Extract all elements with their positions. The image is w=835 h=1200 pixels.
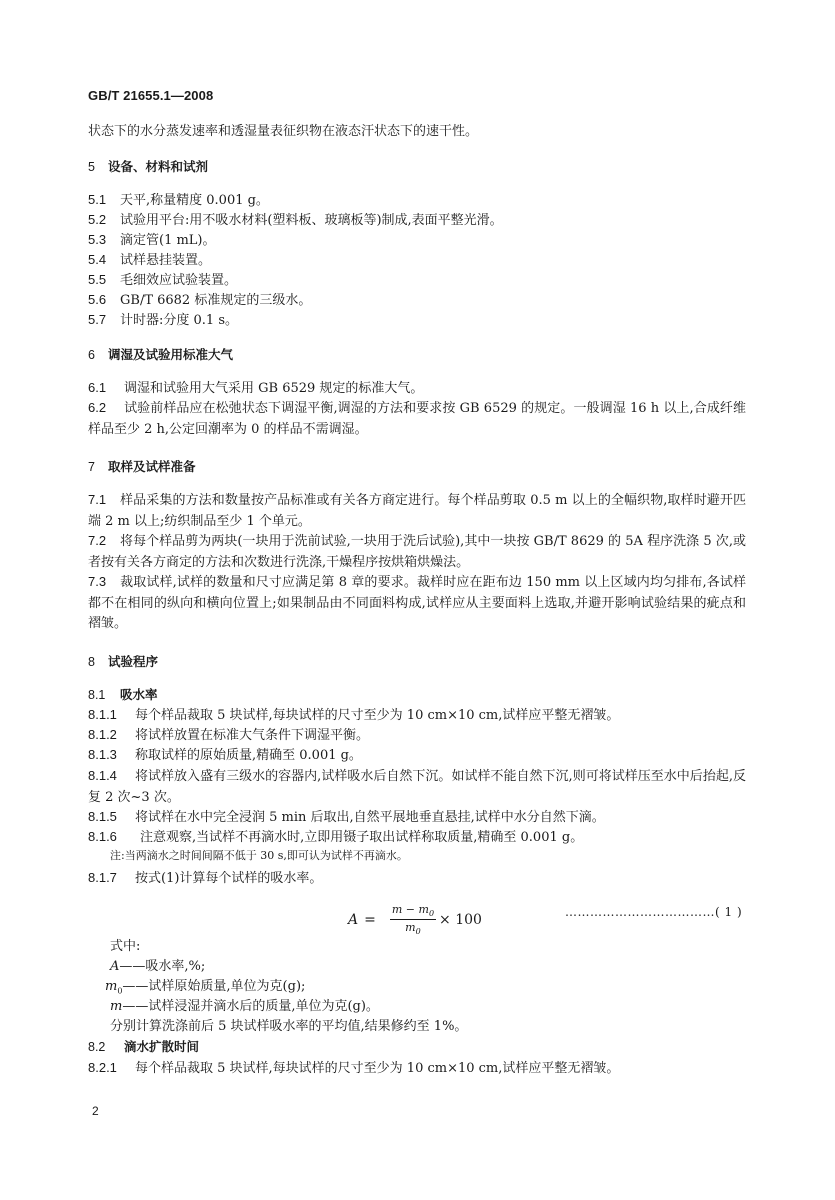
continuation-paragraph: 状态下的水分蒸发速率和透湿量表征织物在液态汗状态下的速干性。 — [88, 122, 478, 142]
clause-8-2-1: 8.2.1每个样品裁取 5 块试样,每块试样的尺寸至少为 10 cm×10 cm… — [88, 1058, 619, 1079]
clause-8-1-7: 8.1.7按式(1)计算每个试样的吸水率。 — [88, 868, 322, 889]
clause-5-5: 5.5毛细效应试验装置。 — [88, 270, 237, 291]
clause-8-1-5: 8.1.5将试样在水中完全浸润 5 min 后取出,自然平展地垂直悬挂,试样中水… — [88, 807, 605, 828]
clause-7-1: 7.1样品采集的方法和数量按产品标准或有关各方商定进行。每个样品剪取 0.5 m… — [88, 490, 746, 532]
section-8-heading: 8试验程序 — [88, 652, 158, 672]
clause-8-1-1: 8.1.1每个样品裁取 5 块试样,每块试样的尺寸至少为 10 cm×10 cm… — [88, 705, 619, 726]
clause-7-3: 7.3裁取试样,试样的数量和尺寸应满足第 8 章的要求。裁样时应在距布边 150… — [88, 572, 746, 635]
clause-5-6: 5.6GB/T 6682 标准规定的三级水。 — [88, 290, 311, 311]
definition-A: A——吸水率,%; — [110, 957, 205, 977]
section-5-title: 设备、材料和试剂 — [108, 159, 208, 174]
section-5-heading: 5设备、材料和试剂 — [88, 157, 208, 177]
formula-1: A = m − m0 m0 × 100 — [348, 903, 482, 936]
note-8-1-6: 注:当两滴水之时间间隔不低于 30 s,即可认为试样不再滴水。 — [110, 848, 408, 864]
section-6-heading: 6调湿及试验用标准大气 — [88, 345, 233, 365]
clause-5-3: 5.3滴定管(1 mL)。 — [88, 230, 216, 251]
closing-sentence: 分别计算洗涤前后 5 块试样吸水率的平均值,结果修约至 1%。 — [110, 1017, 467, 1037]
section-8-title: 试验程序 — [108, 654, 158, 669]
definition-m: m——试样浸湿并滴水后的质量,单位为克(g)。 — [110, 997, 379, 1017]
clause-5-1: 5.1天平,称量精度 0.001 g。 — [88, 190, 269, 211]
clause-8-1-6: 8.1.6注意观察,当试样不再滴水时,立即用镊子取出试样称取质量,精确至 0.0… — [88, 827, 583, 848]
section-7-title: 取样及试样准备 — [108, 459, 196, 474]
clause-5-2: 5.2试验用平台:用不吸水材料(塑料板、玻璃板等)制成,表面平整光滑。 — [88, 210, 503, 231]
subsection-8-1-heading: 8.1吸水率 — [88, 685, 158, 705]
formula-fraction: m − m0 m0 — [390, 903, 436, 936]
subsection-8-2-heading: 8.2滴水扩散时间 — [88, 1037, 199, 1057]
page-number: 2 — [92, 1104, 99, 1118]
section-7-heading: 7取样及试样准备 — [88, 457, 196, 477]
equation-number: ………………………………( 1 ) — [565, 905, 742, 919]
clause-8-1-3: 8.1.3称取试样的原始质量,精确至 0.001 g。 — [88, 745, 362, 766]
clause-8-1-2: 8.1.2将试样放置在标准大气条件下调湿平衡。 — [88, 725, 369, 746]
clause-6-2: 6.2试验前样品应在松弛状态下调湿平衡,调湿的方法和要求按 GB 6529 的规… — [88, 398, 746, 440]
clause-5-7: 5.7计时器:分度 0.1 s。 — [88, 310, 238, 331]
where-label: 式中: — [110, 937, 140, 957]
clause-6-1: 6.1调湿和试验用大气采用 GB 6529 规定的标准大气。 — [88, 378, 423, 399]
clause-7-2: 7.2将每个样品剪为两块(一块用于洗前试验,一块用于洗后试验),其中一块按 GB… — [88, 531, 746, 573]
clause-8-1-4: 8.1.4将试样放入盛有三级水的容器内,试样吸水后自然下沉。如试样不能自然下沉,… — [88, 766, 746, 808]
clause-5-4: 5.4试样悬挂装置。 — [88, 250, 211, 271]
section-6-title: 调湿及试验用标准大气 — [108, 347, 233, 362]
standard-code-header: GB/T 21655.1—2008 — [88, 88, 213, 103]
